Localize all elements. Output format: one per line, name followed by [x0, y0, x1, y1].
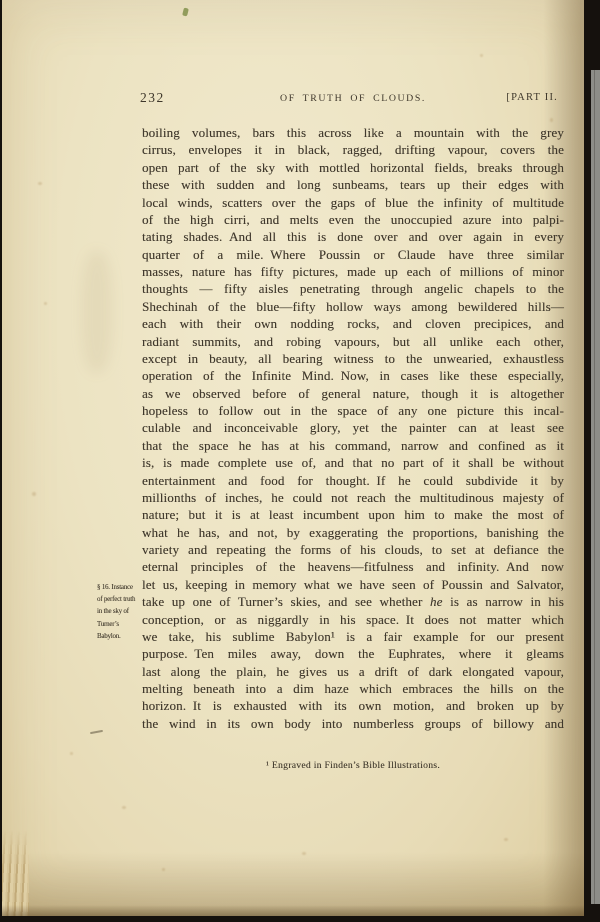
- body-line: eternal principles of the heavens—fitful…: [142, 558, 564, 575]
- body-line: masses, nature has fifty pictures, made …: [142, 263, 564, 280]
- margin-note-line: Babylon.: [97, 630, 141, 642]
- body-line: open part of the sky with mottled horizo…: [142, 159, 564, 176]
- foxing-spot: [504, 838, 508, 841]
- body-line: last along the plain, he gives us a drif…: [142, 663, 564, 680]
- paper-smudge: [82, 252, 112, 372]
- bottom-page-edge-shadow: [2, 905, 584, 916]
- body-line: is, is made complete use of, and that no…: [142, 454, 564, 471]
- body-line: the wind in its own body into numberless…: [142, 715, 564, 732]
- body-line: operation of the Infinite Mind. Now, in …: [142, 367, 564, 384]
- foxing-spot: [162, 868, 165, 871]
- foxing-spot: [38, 182, 42, 185]
- body-line: we take, his sublime Babylon¹ is a fair …: [142, 628, 564, 645]
- body-line: hopeless to follow out in the space of a…: [142, 402, 564, 419]
- body-line: conception, or as niggardly in his space…: [142, 611, 564, 628]
- body-line: melting beneath into a dim haze which em…: [142, 680, 564, 697]
- page-header: 232 OF TRUTH OF CLOUDS. [PART II.: [142, 90, 564, 108]
- body-line: tating shades. And all this is done over…: [142, 228, 564, 245]
- body-line: as we observed before of general nature,…: [142, 385, 564, 402]
- foxing-spot: [550, 118, 553, 122]
- book-edge-line: [594, 70, 595, 904]
- body-line: take up one of Turner’s skies, and see w…: [142, 593, 564, 610]
- scanned-book-page: 232 OF TRUTH OF CLOUDS. [PART II. § 16. …: [0, 0, 600, 922]
- body-line: thoughts — fifty aisles penetrating thro…: [142, 280, 564, 297]
- body-line: radiant summits, and robing vapours, but…: [142, 333, 564, 350]
- body-line: of the high cirri, and melts even the un…: [142, 211, 564, 228]
- body-line: let us, keeping in memory what we have s…: [142, 576, 564, 593]
- body-line: boiling volumes, bars this across like a…: [142, 124, 564, 141]
- margin-note-line: § 16. Instance: [97, 581, 141, 593]
- body-line: quarter of a mile. Where Poussin or Clau…: [142, 246, 564, 263]
- page-edge-striations: [2, 830, 29, 916]
- running-title: OF TRUTH OF CLOUDS.: [142, 93, 564, 104]
- body-line: local winds, scatters over the gaps of b…: [142, 194, 564, 211]
- body-line: what he has, and not, by exaggerating th…: [142, 524, 564, 541]
- margin-note: § 16. Instanceof perfect truthin the sky…: [97, 581, 144, 642]
- body-text: boiling volumes, bars this across like a…: [142, 124, 564, 732]
- scanner-edge-strip: [591, 70, 600, 904]
- body-line: Shechinah of the blue—fifty hollow ways …: [142, 298, 564, 315]
- body-line: each with their own nodding rocks, and c…: [142, 315, 564, 332]
- body-line: except in beauty, all bearing witness to…: [142, 350, 564, 367]
- body-line: variety and repeating the forms of his c…: [142, 541, 564, 558]
- margin-note-line: in the sky of: [97, 605, 141, 617]
- green-ink-mark: [182, 8, 189, 17]
- foxing-spot: [302, 852, 306, 855]
- foxing-spot: [70, 752, 73, 755]
- body-line: that the space he has at his command, na…: [142, 437, 564, 454]
- foxing-spot: [44, 302, 47, 305]
- foxing-spot: [122, 806, 126, 809]
- part-label: [PART II.: [506, 92, 558, 103]
- footnote: ¹ Engraved in Finden’s Bible Illustratio…: [142, 760, 564, 771]
- body-line: millionths of inches, he could not reach…: [142, 489, 564, 506]
- margin-note-line: Turner’s: [97, 618, 141, 630]
- body-line: nature; but it is at least incumbent upo…: [142, 506, 564, 523]
- body-line: horizon. It is exhausted with its own mo…: [142, 697, 564, 714]
- body-line: culable and inconceivable glory, yet the…: [142, 419, 564, 436]
- book-page: 232 OF TRUTH OF CLOUDS. [PART II. § 16. …: [2, 0, 584, 916]
- margin-note-line: of perfect truth: [97, 593, 141, 605]
- body-line: these with sudden and long sunbeams, tea…: [142, 176, 564, 193]
- foxing-spot: [480, 54, 483, 57]
- pencil-tick-mark: [90, 730, 103, 734]
- foxing-spot: [32, 492, 36, 496]
- body-line: entertainment and food for thought. If h…: [142, 472, 564, 489]
- body-line: cirrus, envelopes it in black, ragged, d…: [142, 141, 564, 158]
- body-line: purpose. Ten miles away, down the Euphra…: [142, 645, 564, 662]
